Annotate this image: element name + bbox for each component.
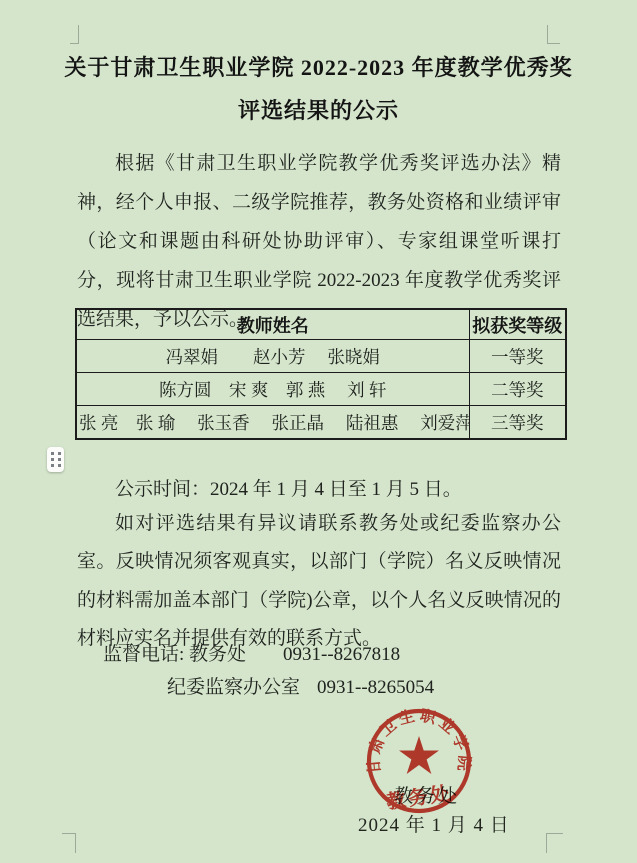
seal-ring-text: 甘肃卫生职业学院: [364, 706, 474, 775]
table-row: 冯翠娟 赵小芳 张晓娟 一等奖: [76, 340, 566, 373]
table-header-row: 教师姓名 拟获奖等级: [76, 309, 566, 340]
crop-mark-bottom-right-icon: [546, 833, 563, 853]
discipline-office-phone-line: 纪委监察办公室0931--8265054: [167, 677, 434, 699]
teacher-names-cell: 冯翠娟 赵小芳 张晓娟: [76, 340, 469, 373]
document-title-line2: 评选结果的公示: [0, 89, 637, 132]
table-row: 陈方圆 宋 爽 郭 燕 刘 轩 二等奖: [76, 373, 566, 406]
announcement-document-page: 关于甘肃卫生职业学院 2022-2023 年度教学优秀奖 评选结果的公示 根据《…: [0, 0, 637, 863]
award-table: 教师姓名 拟获奖等级 冯翠娟 赵小芳 张晓娟 一等奖 陈方圆 宋 爽 郭 燕 刘…: [75, 308, 567, 440]
discipline-office-label: 纪委监察办公室: [167, 677, 317, 699]
document-title: 关于甘肃卫生职业学院 2022-2023 年度教学优秀奖 评选结果的公示: [0, 46, 637, 132]
discipline-office-phone-number: 0931--8265054: [317, 677, 434, 698]
crop-mark-bottom-left-icon: [62, 833, 76, 853]
award-level-cell: 三等奖: [469, 406, 566, 440]
crop-mark-top-right-icon: [547, 25, 560, 44]
signature-department: 教务处: [394, 781, 460, 808]
column-header-award-level: 拟获奖等级: [469, 309, 566, 340]
award-level-cell: 一等奖: [469, 340, 566, 373]
supervision-phone-label: 监督电话: 教务处: [103, 644, 283, 666]
crop-mark-top-left-icon: [70, 25, 79, 44]
objection-paragraph: 如对评选结果有异议请联系教务处或纪委监察办公室。反映情况须客观真实，以部门（学院…: [77, 505, 561, 659]
signature-date: 2024 年 1 月 4 日: [358, 810, 510, 837]
publicity-period-line: 公示时间：2024 年 1 月 4 日至 1 月 5 日。: [77, 470, 561, 509]
red-star-icon: [399, 736, 439, 774]
drag-handle-six-dot-grip-icon[interactable]: [47, 447, 64, 472]
column-header-teacher-names: 教师姓名: [76, 309, 469, 340]
teacher-names-cell: 张 亮 张 瑜 张玉香 张正晶 陆祖惠 刘爱萍: [76, 406, 469, 440]
table-row: 张 亮 张 瑜 张玉香 张正晶 陆祖惠 刘爱萍 三等奖: [76, 406, 566, 440]
teacher-names-cell: 陈方圆 宋 爽 郭 燕 刘 轩: [76, 373, 469, 406]
award-level-cell: 二等奖: [469, 373, 566, 406]
supervision-phone-number: 0931--8267818: [283, 644, 400, 665]
supervision-phone-line: 监督电话: 教务处0931--8267818: [103, 644, 400, 666]
document-title-line1: 关于甘肃卫生职业学院 2022-2023 年度教学优秀奖: [0, 46, 637, 89]
